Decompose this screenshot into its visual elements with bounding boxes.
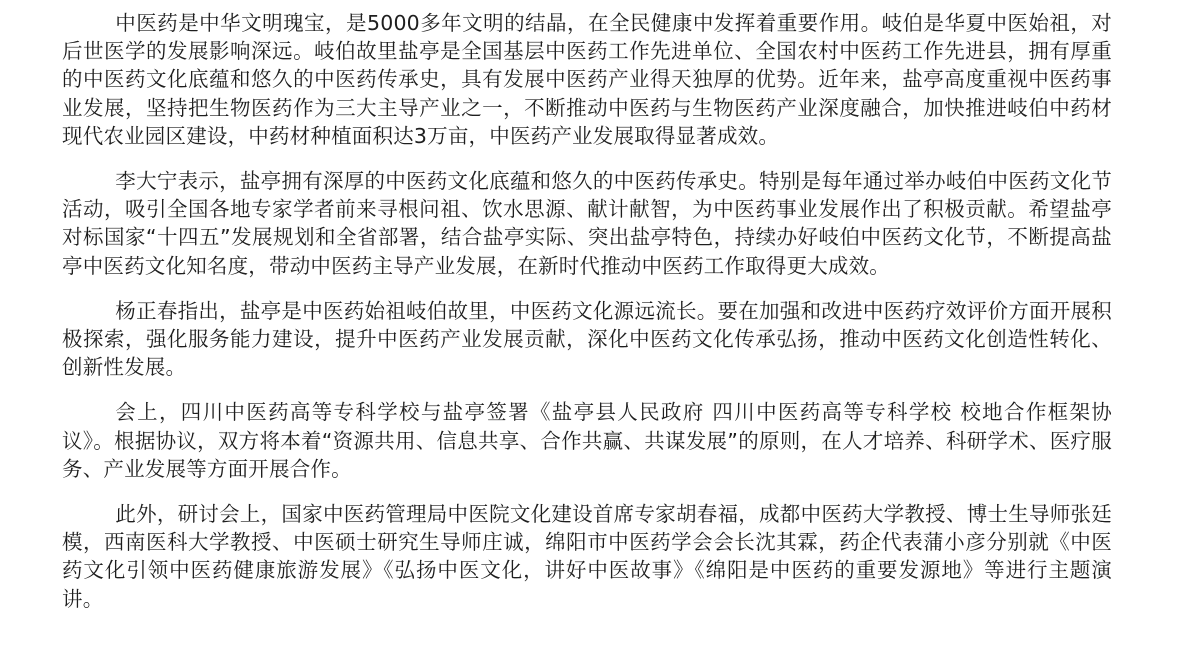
article-body: 中医药是中华文明瑰宝，是5000多年文明的结晶，在全民健康中发挥着重要作用。岐伯…: [62, 9, 1112, 630]
paragraph-agreement: 会上，四川中医药高等专科学校与盐亭签署《盐亭县人民政府 四川中医药高等专科学校 …: [62, 398, 1112, 483]
paragraph-intro: 中医药是中华文明瑰宝，是5000多年文明的结晶，在全民健康中发挥着重要作用。岐伯…: [62, 9, 1112, 150]
paragraph-speeches: 此外，研讨会上，国家中医药管理局中医院文化建设首席专家胡春福，成都中医药大学教授…: [62, 500, 1112, 613]
paragraph-li-daning: 李大宁表示，盐亭拥有深厚的中医药文化底蕴和悠久的中医药传承史。特别是每年通过举办…: [62, 167, 1112, 280]
paragraph-yang-zhengchun: 杨正春指出，盐亭是中医药始祖岐伯故里，中医药文化源远流长。要在加强和改进中医药疗…: [62, 297, 1112, 382]
